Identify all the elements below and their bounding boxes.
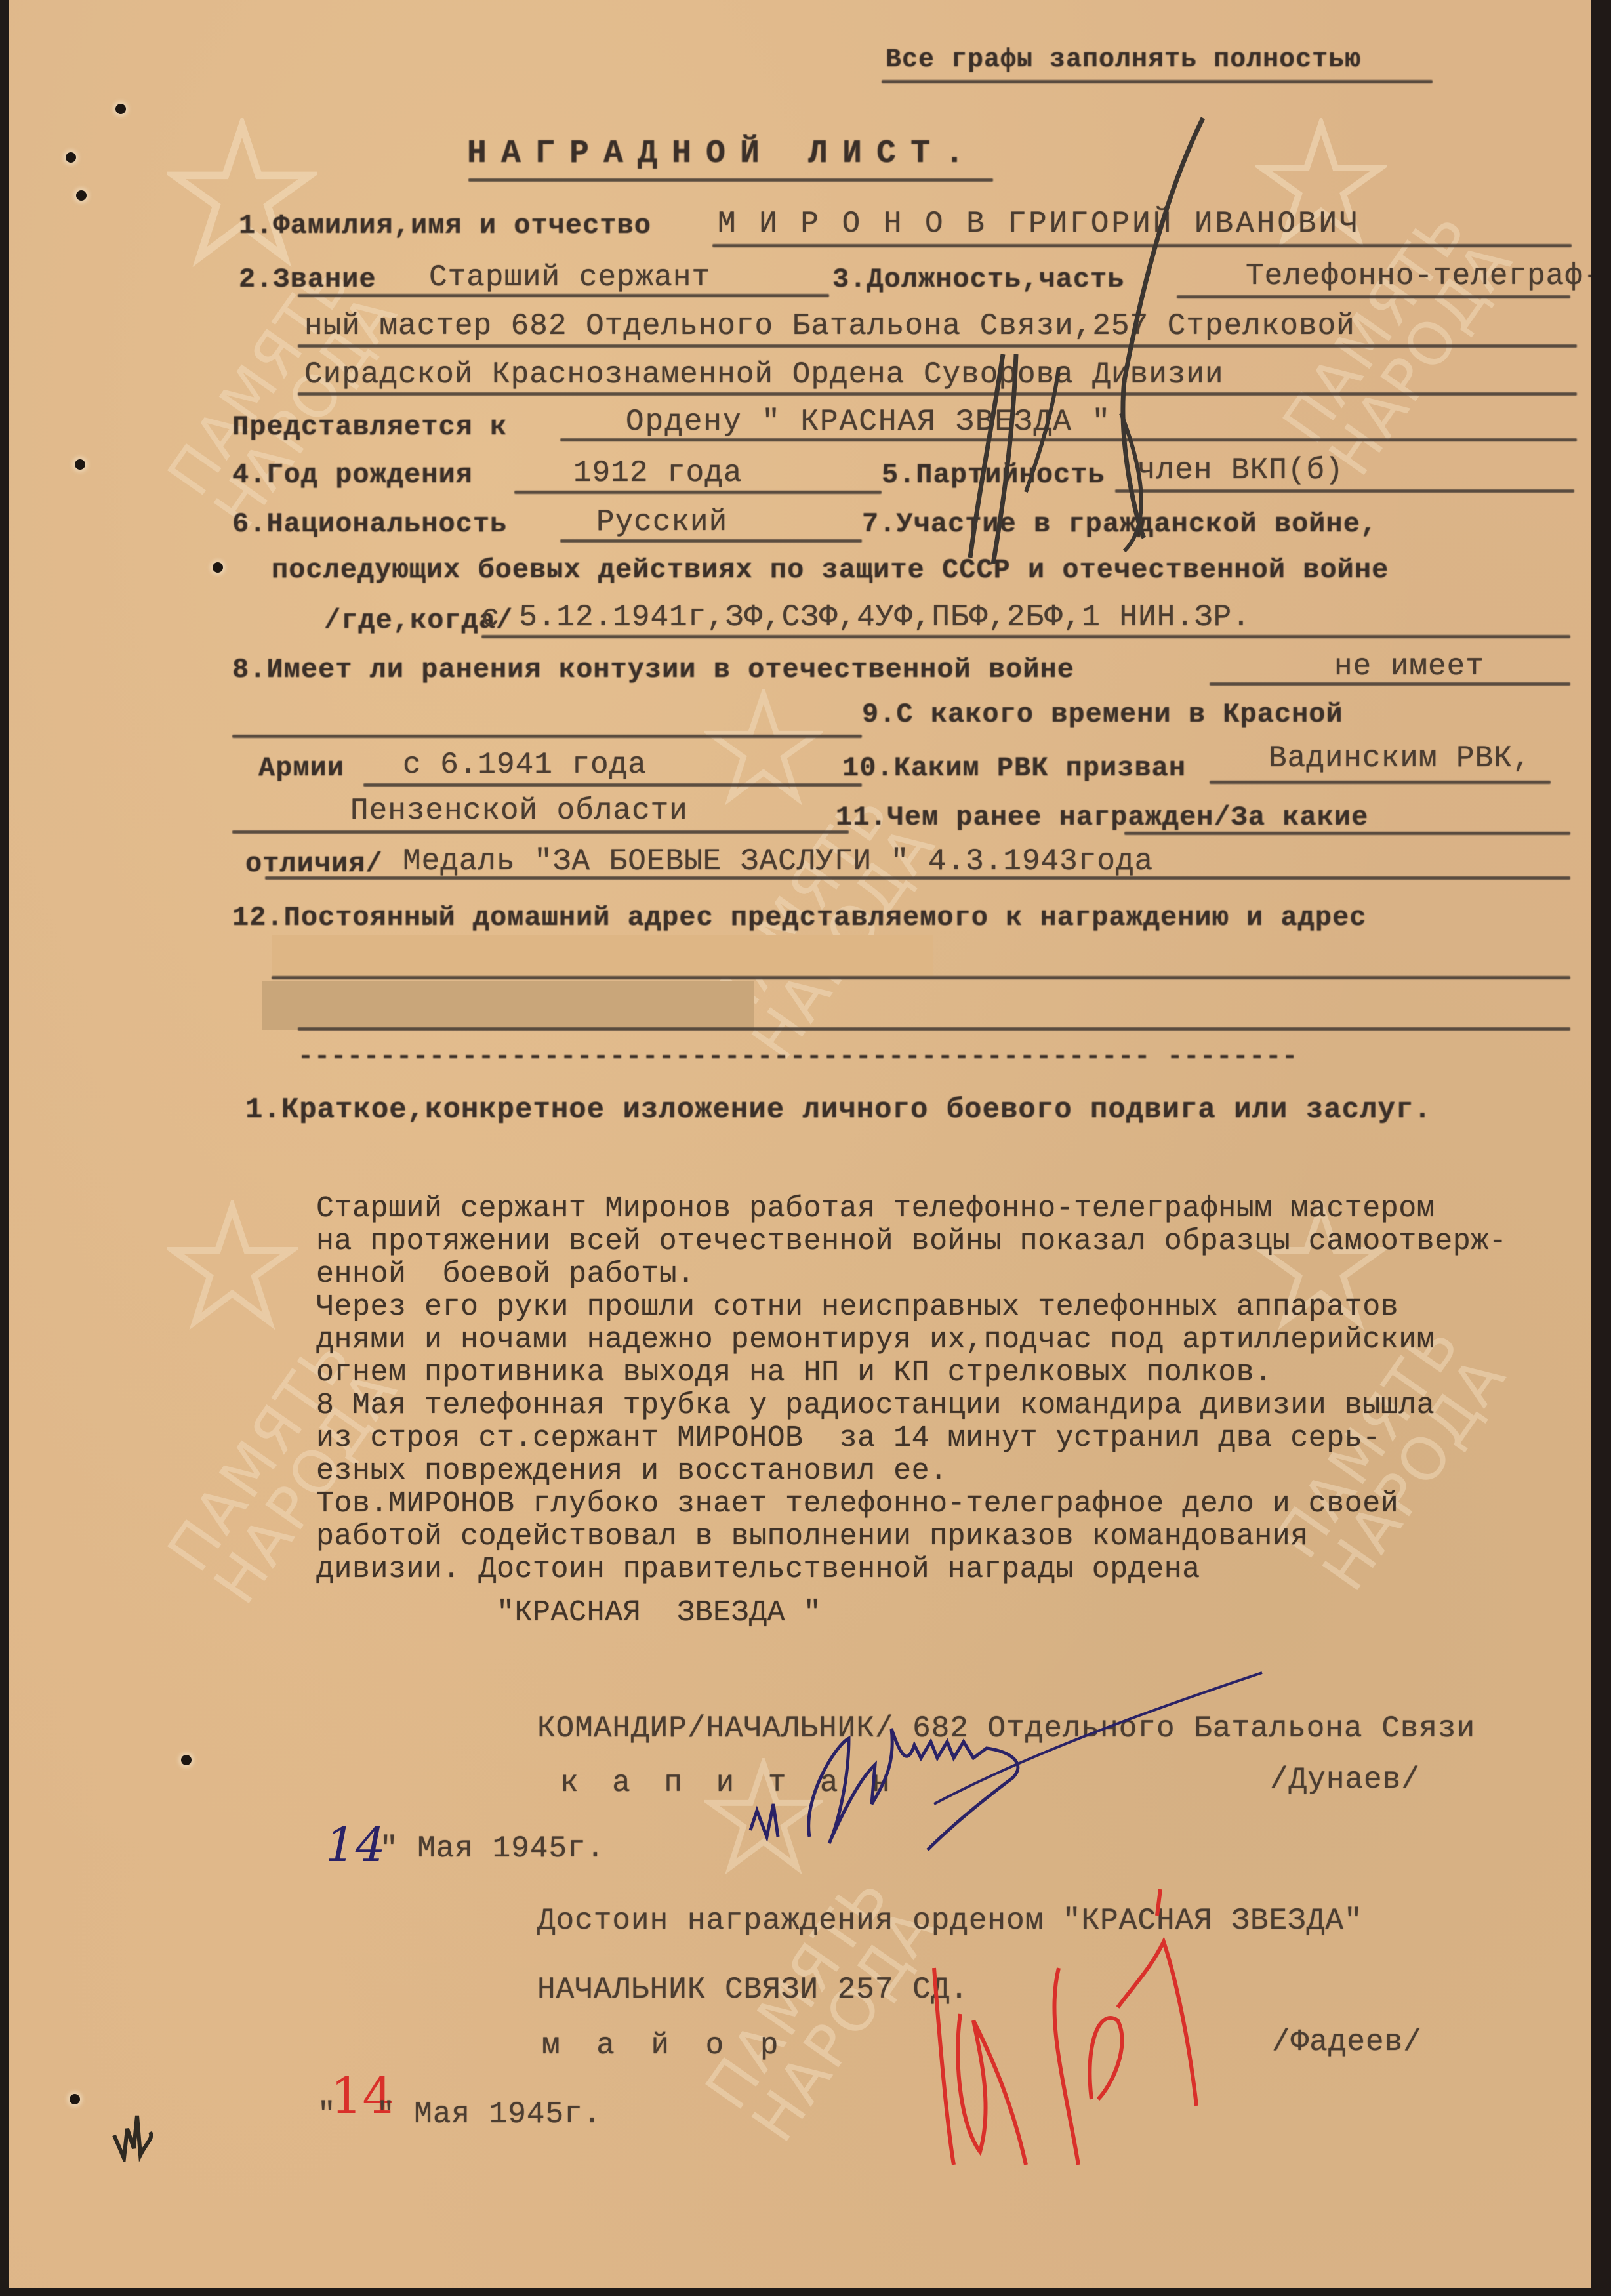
field-4-label: 4.Год рождения <box>232 461 473 489</box>
nominated-label: Представляется к <box>232 413 507 441</box>
document-title: НАГРАДНОЙ ЛИСТ. <box>467 138 979 171</box>
underline <box>1124 832 1570 835</box>
field-9-label-line2: Армии <box>258 754 344 782</box>
nominated-value: Ордену " КРАСНАЯ ЗВЕЗДА " <box>626 407 1111 437</box>
narrative-line: огнем противника выходя на НП и КП стрел… <box>316 1357 1507 1389</box>
narrative-line: езных повреждения и восстановил ее. <box>316 1455 1507 1488</box>
field-2-label: 2.Звание <box>239 266 377 293</box>
underline <box>272 976 1570 979</box>
narrative-line: Тов.МИРОНОВ глубоко знает телефонно-теле… <box>316 1488 1507 1521</box>
narrative-line: Старший сержант Миронов работая телефонн… <box>316 1193 1507 1225</box>
commander-rank: к а п и т а н <box>560 1768 898 1798</box>
underline <box>298 294 829 297</box>
underline <box>1210 682 1570 686</box>
narrative-line: работой содействовал в выполнении приказ… <box>316 1521 1507 1553</box>
field-3-label: 3.Должность,часть <box>832 266 1124 293</box>
field-10-value-line1: Вадинским РВК, <box>1269 743 1531 773</box>
field-8-value: не имеет <box>1334 651 1484 682</box>
scan-edge <box>1591 0 1611 2296</box>
underline <box>882 80 1433 83</box>
chief-rank: м а й о р <box>542 2030 787 2060</box>
field-3-value-line1: Телефонно-телеграф- <box>1246 261 1591 291</box>
field-11-value: Медаль "ЗА БОЕВЫЕ ЗАСЛУГИ " 4.3.1943года <box>403 846 1153 876</box>
punch-hole <box>213 562 223 573</box>
field-11-label-line2: отличия/ <box>245 850 383 878</box>
field-4-value: 1912 года <box>573 458 742 488</box>
underline <box>1177 295 1570 298</box>
underline <box>298 392 1577 396</box>
watermark-star-icon <box>167 1200 298 1332</box>
section-heading: 1.Краткое,конкретное изложение личного б… <box>245 1096 1432 1124</box>
commander-signature <box>737 1666 1360 1863</box>
fill-instruction: Все графы заполнять полностью <box>886 47 1361 73</box>
field-9-value: с 6.1941 года <box>403 750 647 780</box>
underline <box>481 635 1570 638</box>
commander-date: " Мая 1945г. <box>380 1834 605 1864</box>
award-sheet-page: ПАМЯТЬНАРОДА ПАМЯТЬНАРОДА ПАМЯТЬНАРОДА П… <box>9 0 1591 2288</box>
separator-line: ----------------------------------------… <box>298 1044 1298 1071</box>
punch-hole <box>115 104 126 114</box>
underline <box>265 876 1570 880</box>
underline <box>560 539 862 543</box>
narrative-line: "КРАСНАЯ ЗВЕЗДА " <box>316 1597 1507 1630</box>
field-3-value-line2: ный мастер 682 Отдельного Батальона Связ… <box>304 311 1355 341</box>
field-6-value: Русский <box>596 507 727 537</box>
punch-hole <box>66 152 76 163</box>
punch-hole <box>75 459 85 470</box>
commander-date-day: 14 <box>325 1817 386 1872</box>
field-1-label: 1.Фамилия,имя и отчество <box>239 212 651 239</box>
field-7-label-line1: 7.Участие в гражданской войне, <box>862 510 1377 538</box>
underline <box>298 344 1577 348</box>
watermark-star-icon <box>167 118 317 269</box>
field-10-label: 10.Каким РВК призван <box>842 754 1186 782</box>
field-1-value: М И Р О Н О В ГРИГОРИЙ ИВАНОВИЧ <box>718 209 1360 239</box>
underline <box>363 783 862 787</box>
corner-pencil-mark <box>108 2102 153 2162</box>
field-6-label: 6.Национальность <box>232 510 507 538</box>
punch-hole <box>76 190 87 201</box>
underline <box>712 244 1572 247</box>
approval-text: Достоин награждения орденом "КРАСНАЯ ЗВЕ… <box>537 1906 1363 1936</box>
watermark-star-icon <box>704 689 823 807</box>
narrative-text: Старший сержант Миронов работая телефонн… <box>316 1193 1507 1630</box>
narrative-line: днями и ночами надежно ремонтируя их,под… <box>316 1324 1507 1357</box>
narrative-line: на протяжении всей отечественной войны п… <box>316 1225 1507 1258</box>
field-7-label-line2: последующих боевых действиях по защите С… <box>272 556 1389 584</box>
chief-name: /Фадеев/ <box>1272 2027 1422 2057</box>
underline <box>298 1027 1570 1031</box>
chief-date: " Мая 1945г. <box>377 2099 602 2129</box>
punch-hole <box>181 1755 192 1765</box>
field-5-label: 5.Партийность <box>882 461 1105 489</box>
underline <box>232 830 849 834</box>
field-2-value: Старший сержант <box>429 262 710 293</box>
redacted-address-block <box>272 935 933 977</box>
narrative-line: дивизии. Достоин правительственной награ… <box>316 1553 1507 1586</box>
field-9-label-line1: 9.С какого времени в Красной <box>862 701 1343 728</box>
underline <box>514 491 882 494</box>
commander-title: КОМАНДИР/НАЧАЛЬНИК/ 682 Отдельного Батал… <box>537 1713 1475 1744</box>
field-3-value-line3: Сирадской Краснознаменной Ордена Суворов… <box>304 359 1224 390</box>
underline <box>1115 489 1574 493</box>
narrative-line: 8 Мая телефонная трубка у радиостанции к… <box>316 1389 1507 1422</box>
field-8-label: 8.Имеет ли ранения контузии в отечествен… <box>232 656 1074 684</box>
field-11-label-line1: 11.Чем ранее награжден/За какие <box>836 804 1368 831</box>
narrative-line: Через его руки прошли сотни неисправных … <box>316 1291 1507 1324</box>
narrative-line: енной боевой работы. <box>316 1258 1507 1291</box>
punch-hole <box>70 2094 80 2104</box>
commander-name: /Дунаев/ <box>1270 1765 1420 1795</box>
field-12-label-line1: 12.Постоянный домашний адрес представляе… <box>232 904 1366 932</box>
redacted-address-block <box>262 981 754 1030</box>
underline <box>232 735 862 738</box>
underline <box>468 178 993 182</box>
underline <box>560 438 1577 441</box>
field-10-value-line2: Пензенской области <box>350 796 688 826</box>
chief-title: НАЧАЛЬНИК СВЯЗИ 257 СД. <box>537 1975 969 2005</box>
field-5-value: член ВКП(б) <box>1137 455 1344 485</box>
underline <box>1210 781 1551 784</box>
narrative-line: из строя ст.сержант МИРОНОВ за 14 минут … <box>316 1422 1507 1455</box>
field-7-value: с 5.12.1941г,ЗФ,СЗФ,4УФ,ПБФ,2БФ,1 НИН.ЗР… <box>481 602 1251 632</box>
